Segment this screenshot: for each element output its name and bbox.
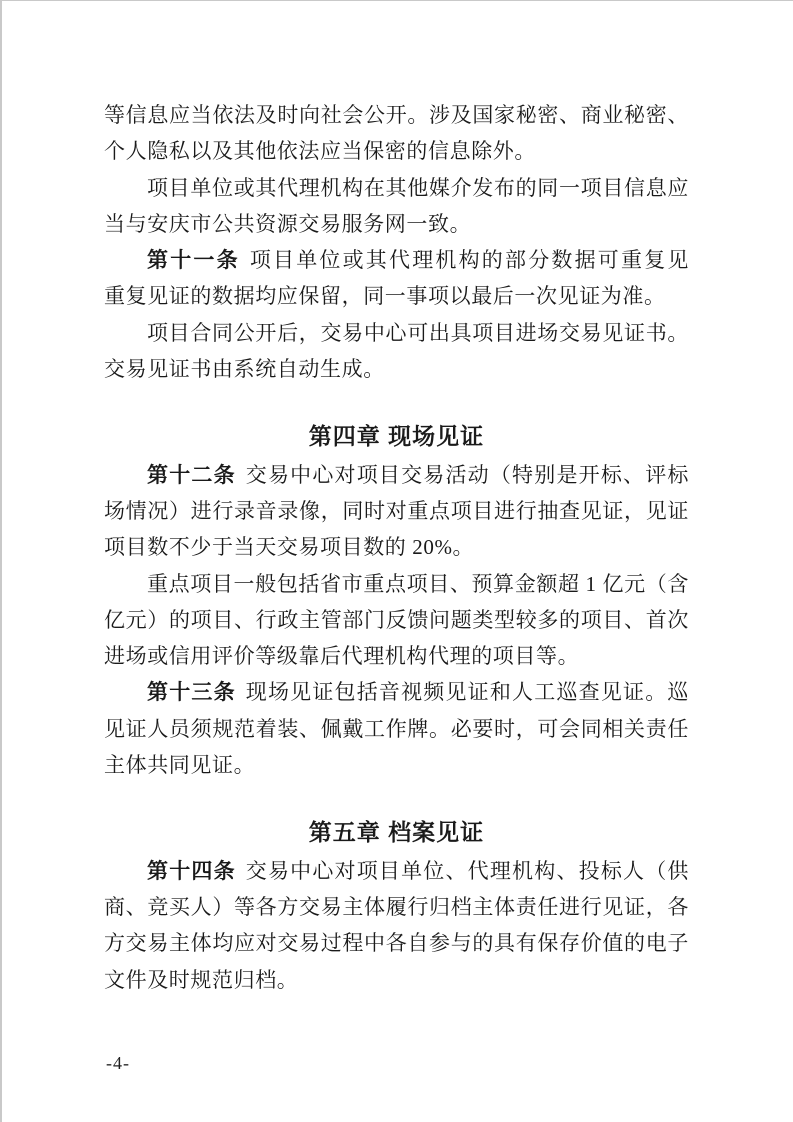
text-line: 商、竞买人）等各方交易主体履行归档主体责任进行见证，各 bbox=[104, 889, 689, 925]
text-line: 第十三条现场见证包括音视频见证和人工巡查见证。巡查 bbox=[104, 674, 689, 710]
text-line: 方交易主体均应对交易过程中各自参与的具有保存价值的电子 bbox=[104, 925, 689, 961]
article-number: 第十四条 bbox=[147, 860, 236, 883]
article-number: 第十二条 bbox=[147, 464, 236, 487]
text-line: 见证人员须规范着装、佩戴工作牌。必要时，可会同相关责任 bbox=[104, 711, 689, 747]
chapter-heading: 第四章 现场见证 bbox=[104, 418, 689, 454]
document-body: 等信息应当依法及时向社会公开。涉及国家秘密、商业秘密、个人隐私以及其他依法应当保… bbox=[104, 97, 689, 998]
text-line: 第十四条交易中心对项目单位、代理机构、投标人（供应 bbox=[104, 853, 689, 889]
text-line: 项目数不少于当天交易项目数的 20%。 bbox=[104, 529, 689, 565]
text-line: 第十一条项目单位或其代理机构的部分数据可重复见证， bbox=[104, 242, 689, 278]
text-line: 场情况）进行录音录像，同时对重点项目进行抽查见证，见证 bbox=[104, 493, 689, 529]
text-line: 文件及时规范归档。 bbox=[104, 962, 689, 998]
text-line: 第十二条交易中心对项目交易活动（特别是开标、评标现 bbox=[104, 457, 689, 493]
document-page: 等信息应当依法及时向社会公开。涉及国家秘密、商业秘密、个人隐私以及其他依法应当保… bbox=[0, 0, 793, 1122]
text-line: 亿元）的项目、行政主管部门反馈问题类型较多的项目、首次 bbox=[104, 602, 689, 638]
article-number: 第十一条 bbox=[147, 249, 240, 272]
text-line: 交易见证书由系统自动生成。 bbox=[104, 351, 689, 387]
chapter-heading: 第五章 档案见证 bbox=[104, 814, 689, 850]
text-line: 项目合同公开后，交易中心可出具项目进场交易见证书。 bbox=[104, 315, 689, 351]
text-line: 重点项目一般包括省市重点项目、预算金额超 1 亿元（含 1 bbox=[104, 566, 689, 602]
article-number: 第十三条 bbox=[147, 681, 236, 704]
text-line: 等信息应当依法及时向社会公开。涉及国家秘密、商业秘密、 bbox=[104, 97, 689, 133]
text-line: 进场或信用评价等级靠后代理机构代理的项目等。 bbox=[104, 638, 689, 674]
page-number: -4- bbox=[106, 1051, 130, 1075]
text-line: 项目单位或其代理机构在其他媒介发布的同一项目信息应 bbox=[104, 170, 689, 206]
text-line: 个人隐私以及其他依法应当保密的信息除外。 bbox=[104, 133, 689, 169]
text-line: 当与安庆市公共资源交易服务网一致。 bbox=[104, 206, 689, 242]
text-line: 重复见证的数据均应保留，同一事项以最后一次见证为准。 bbox=[104, 278, 689, 314]
text-line: 主体共同见证。 bbox=[104, 747, 689, 783]
